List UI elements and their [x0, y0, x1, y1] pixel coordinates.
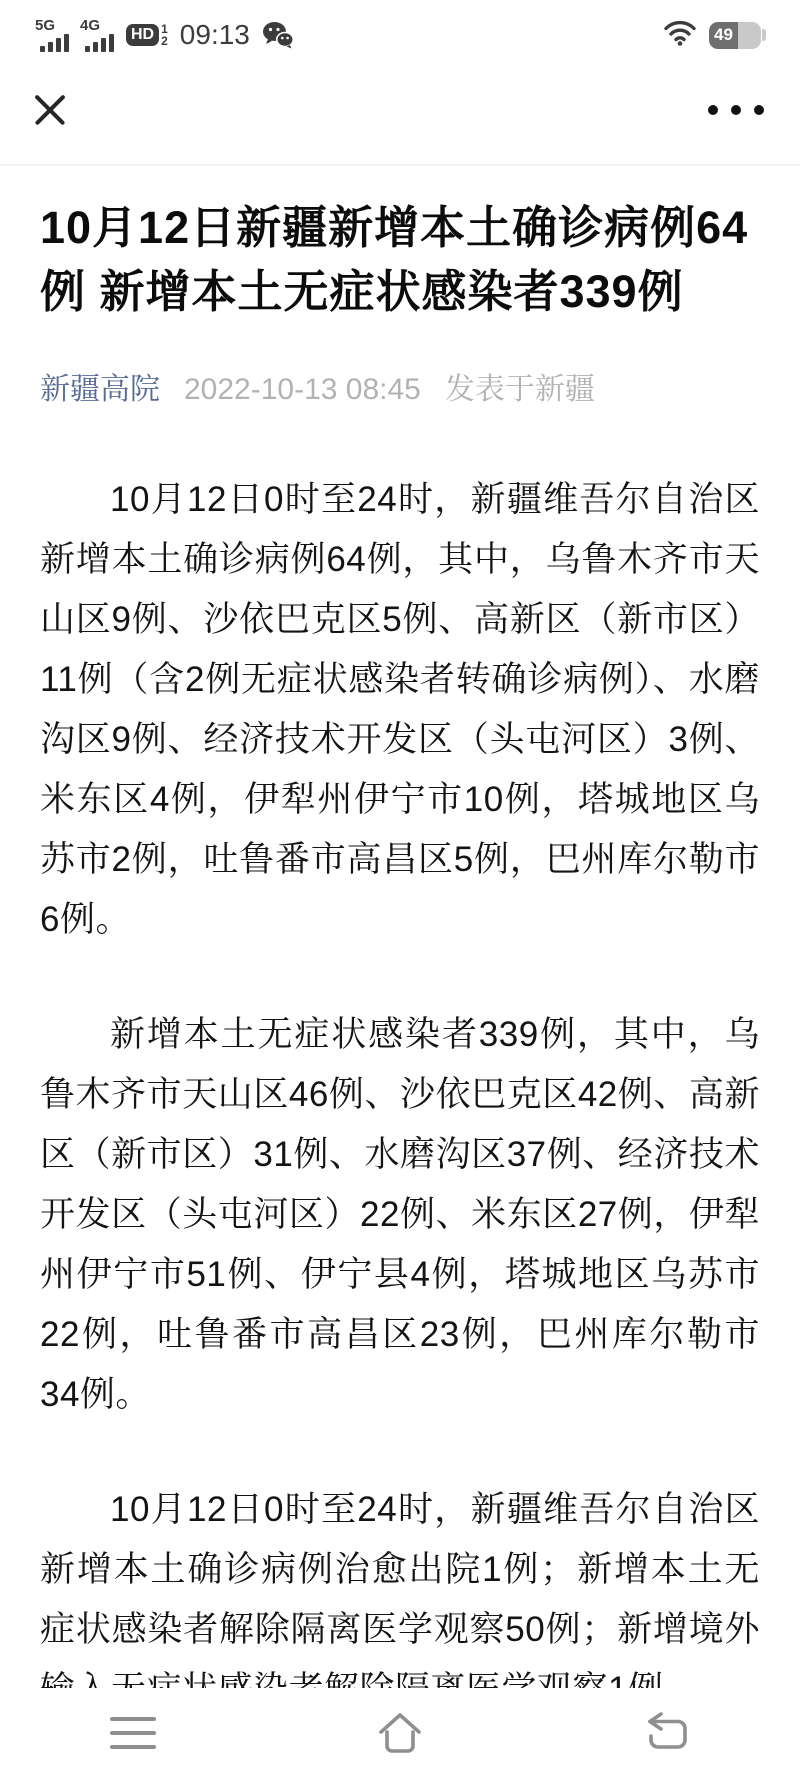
battery-percent: 49: [709, 22, 738, 49]
header-divider: [0, 164, 800, 166]
article-nav-row: [0, 70, 800, 150]
article-paragraph: 10月12日0时至24时，新疆维吾尔自治区新增本土确诊病例治愈出院1例；新增本土…: [40, 1480, 760, 1720]
menu-icon[interactable]: [73, 1698, 193, 1768]
hd-volte-icon: HD 1 2: [126, 23, 168, 47]
article-byline: 新疆高院 2022-10-13 08:45 发表于新疆: [40, 364, 760, 408]
signal-5g-label: 5G: [35, 18, 55, 33]
home-icon[interactable]: [340, 1698, 460, 1768]
more-icon[interactable]: [702, 95, 770, 125]
wechat-article-page: 5G 4G HD 1 2 09:13: [0, 0, 800, 1778]
article-body: 10月12日0时至24时，新疆维吾尔自治区新增本土确诊病例64例，其中，乌鲁木齐…: [40, 470, 760, 1720]
wifi-icon: [663, 19, 697, 51]
article-paragraph: 10月12日0时至24时，新疆维吾尔自治区新增本土确诊病例64例，其中，乌鲁木齐…: [40, 470, 760, 950]
status-bar: 5G 4G HD 1 2 09:13: [0, 0, 800, 64]
close-icon[interactable]: [30, 90, 70, 130]
back-icon[interactable]: [607, 1698, 727, 1768]
wechat-icon: [262, 21, 294, 49]
status-bar-right: 49: [663, 19, 766, 51]
publish-date: 2022-10-13 08:45: [184, 373, 421, 407]
status-time: 09:13: [180, 19, 250, 51]
battery-icon: 49: [709, 22, 766, 49]
article-title: 10月12日新疆新增本土确诊病例64例 新增本土无症状感染者339例: [40, 196, 760, 324]
article-content: 10月12日新疆新增本土确诊病例64例 新增本土无症状感染者339例 新疆高院 …: [0, 196, 800, 1720]
publish-location: 发表于新疆: [445, 364, 595, 408]
signal-4g-label: 4G: [80, 18, 100, 33]
system-nav-bar: [0, 1688, 800, 1778]
hd-sim-indicator: 1 2: [161, 23, 168, 47]
signal-5g-icon: 5G: [34, 18, 69, 52]
signal-4g-icon: 4G: [79, 18, 114, 52]
status-bar-left: 5G 4G HD 1 2 09:13: [34, 18, 294, 52]
article-paragraph: 新增本土无症状感染者339例，其中，乌鲁木齐市天山区46例、沙依巴克区42例、高…: [40, 1005, 760, 1425]
author-link[interactable]: 新疆高院: [40, 364, 160, 408]
